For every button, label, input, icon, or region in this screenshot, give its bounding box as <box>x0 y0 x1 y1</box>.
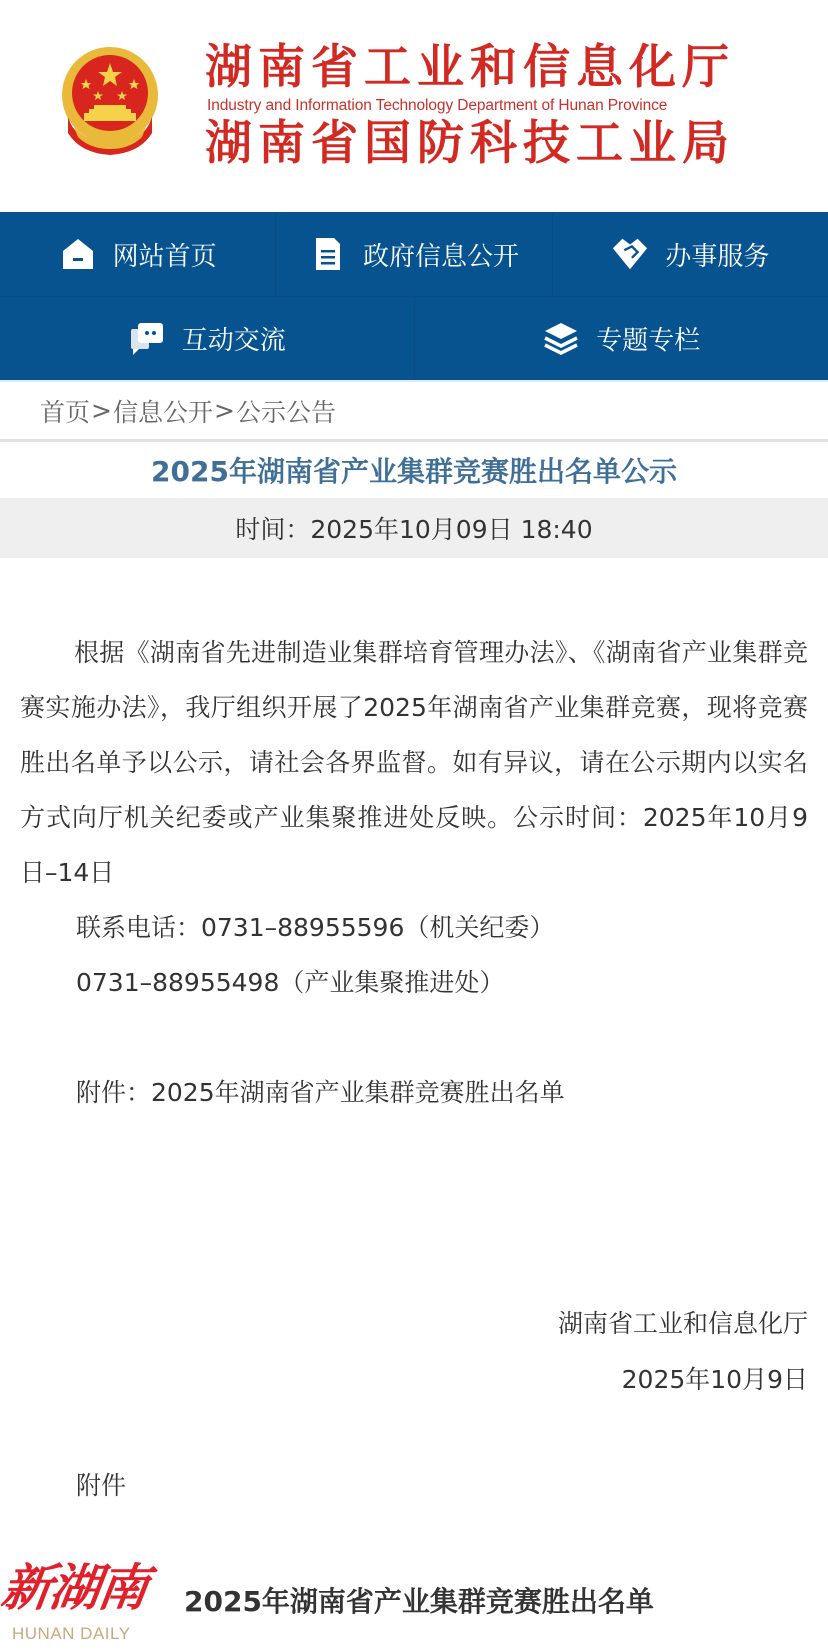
bureau-name: 湖南省国防科技工业局 <box>205 116 775 172</box>
handshake-icon <box>611 235 649 273</box>
site-header: 湖南省工业和信息化厅 Industry and Information Tech… <box>0 0 828 212</box>
nav-item-topics[interactable]: 专题专栏 <box>415 297 828 380</box>
attachment-link[interactable]: 附件：2025年湖南省产业集群竞赛胜出名单 <box>20 1065 808 1120</box>
nav-label: 网站首页 <box>113 236 217 273</box>
nav-item-home[interactable]: 网站首页 <box>0 212 276 296</box>
contact-phone-1: 联系电话：0731–88955596（机关纪委） <box>20 900 808 955</box>
spacer <box>20 1010 808 1065</box>
article-title: 2025年湖南省产业集群竞赛胜出名单公示 <box>0 442 828 498</box>
nav-label: 互动交流 <box>182 320 286 357</box>
watermark-logo-cn: 新湖南 <box>0 1556 150 1620</box>
article-paragraph: 根据《湖南省先进制造业集群培育管理办法》、《湖南省产业集群竞赛实施办法》，我厅组… <box>20 625 808 900</box>
home-icon <box>59 235 97 273</box>
document-icon <box>309 235 347 273</box>
nav-row-2: 互动交流 专题专栏 <box>0 296 828 380</box>
national-emblem-icon <box>56 45 164 157</box>
nav-item-interaction[interactable]: 互动交流 <box>0 297 415 380</box>
nav-item-services[interactable]: 办事服务 <box>553 212 828 296</box>
nav-item-gov-info[interactable]: 政府信息公开 <box>276 212 552 296</box>
department-name: 湖南省工业和信息化厅 <box>205 40 775 96</box>
nav-label: 专题专栏 <box>596 320 700 357</box>
breadcrumb-home[interactable]: 首页 <box>40 393 90 429</box>
main-nav: 网站首页 政府信息公开 办事服务 互动交流 专题专栏 <box>0 212 828 380</box>
site-title: 湖南省工业和信息化厅 Industry and Information Tech… <box>205 40 775 172</box>
breadcrumb-separator: > <box>214 396 235 425</box>
article-body: 根据《湖南省先进制造业集群培育管理办法》、《湖南省产业集群竞赛实施办法》，我厅组… <box>20 625 808 1120</box>
breadcrumb-info-disclosure[interactable]: 信息公开 <box>113 393 213 429</box>
contact-phone-2: 0731–88955498（产业集聚推进处） <box>20 955 808 1010</box>
nav-label: 政府信息公开 <box>363 236 519 273</box>
nav-row-1: 网站首页 政府信息公开 办事服务 <box>0 212 828 296</box>
chat-icon <box>128 320 166 358</box>
breadcrumb-separator: > <box>91 396 112 425</box>
attachment-label: 附件 <box>76 1466 126 1506</box>
signature-org: 湖南省工业和信息化厅 <box>558 1296 808 1352</box>
article-publish-time: 时间：2025年10月09日 18:40 <box>0 498 828 558</box>
nav-label: 办事服务 <box>665 236 769 273</box>
hunan-daily-watermark: 新湖南 HUNAN DAILY <box>0 1556 170 1652</box>
signature-date: 2025年10月9日 <box>558 1352 808 1408</box>
breadcrumb-announcements[interactable]: 公示公告 <box>236 393 336 429</box>
layers-icon <box>542 320 580 358</box>
attachment-heading: 2025年湖南省产业集群竞赛胜出名单 <box>184 1580 654 1620</box>
breadcrumb: 首页 > 信息公开 > 公示公告 <box>0 380 828 442</box>
watermark-logo-en: HUNAN DAILY <box>12 1624 131 1644</box>
department-name-en: Industry and Information Technology Depa… <box>207 96 775 116</box>
signature: 湖南省工业和信息化厅 2025年10月9日 <box>558 1296 808 1408</box>
